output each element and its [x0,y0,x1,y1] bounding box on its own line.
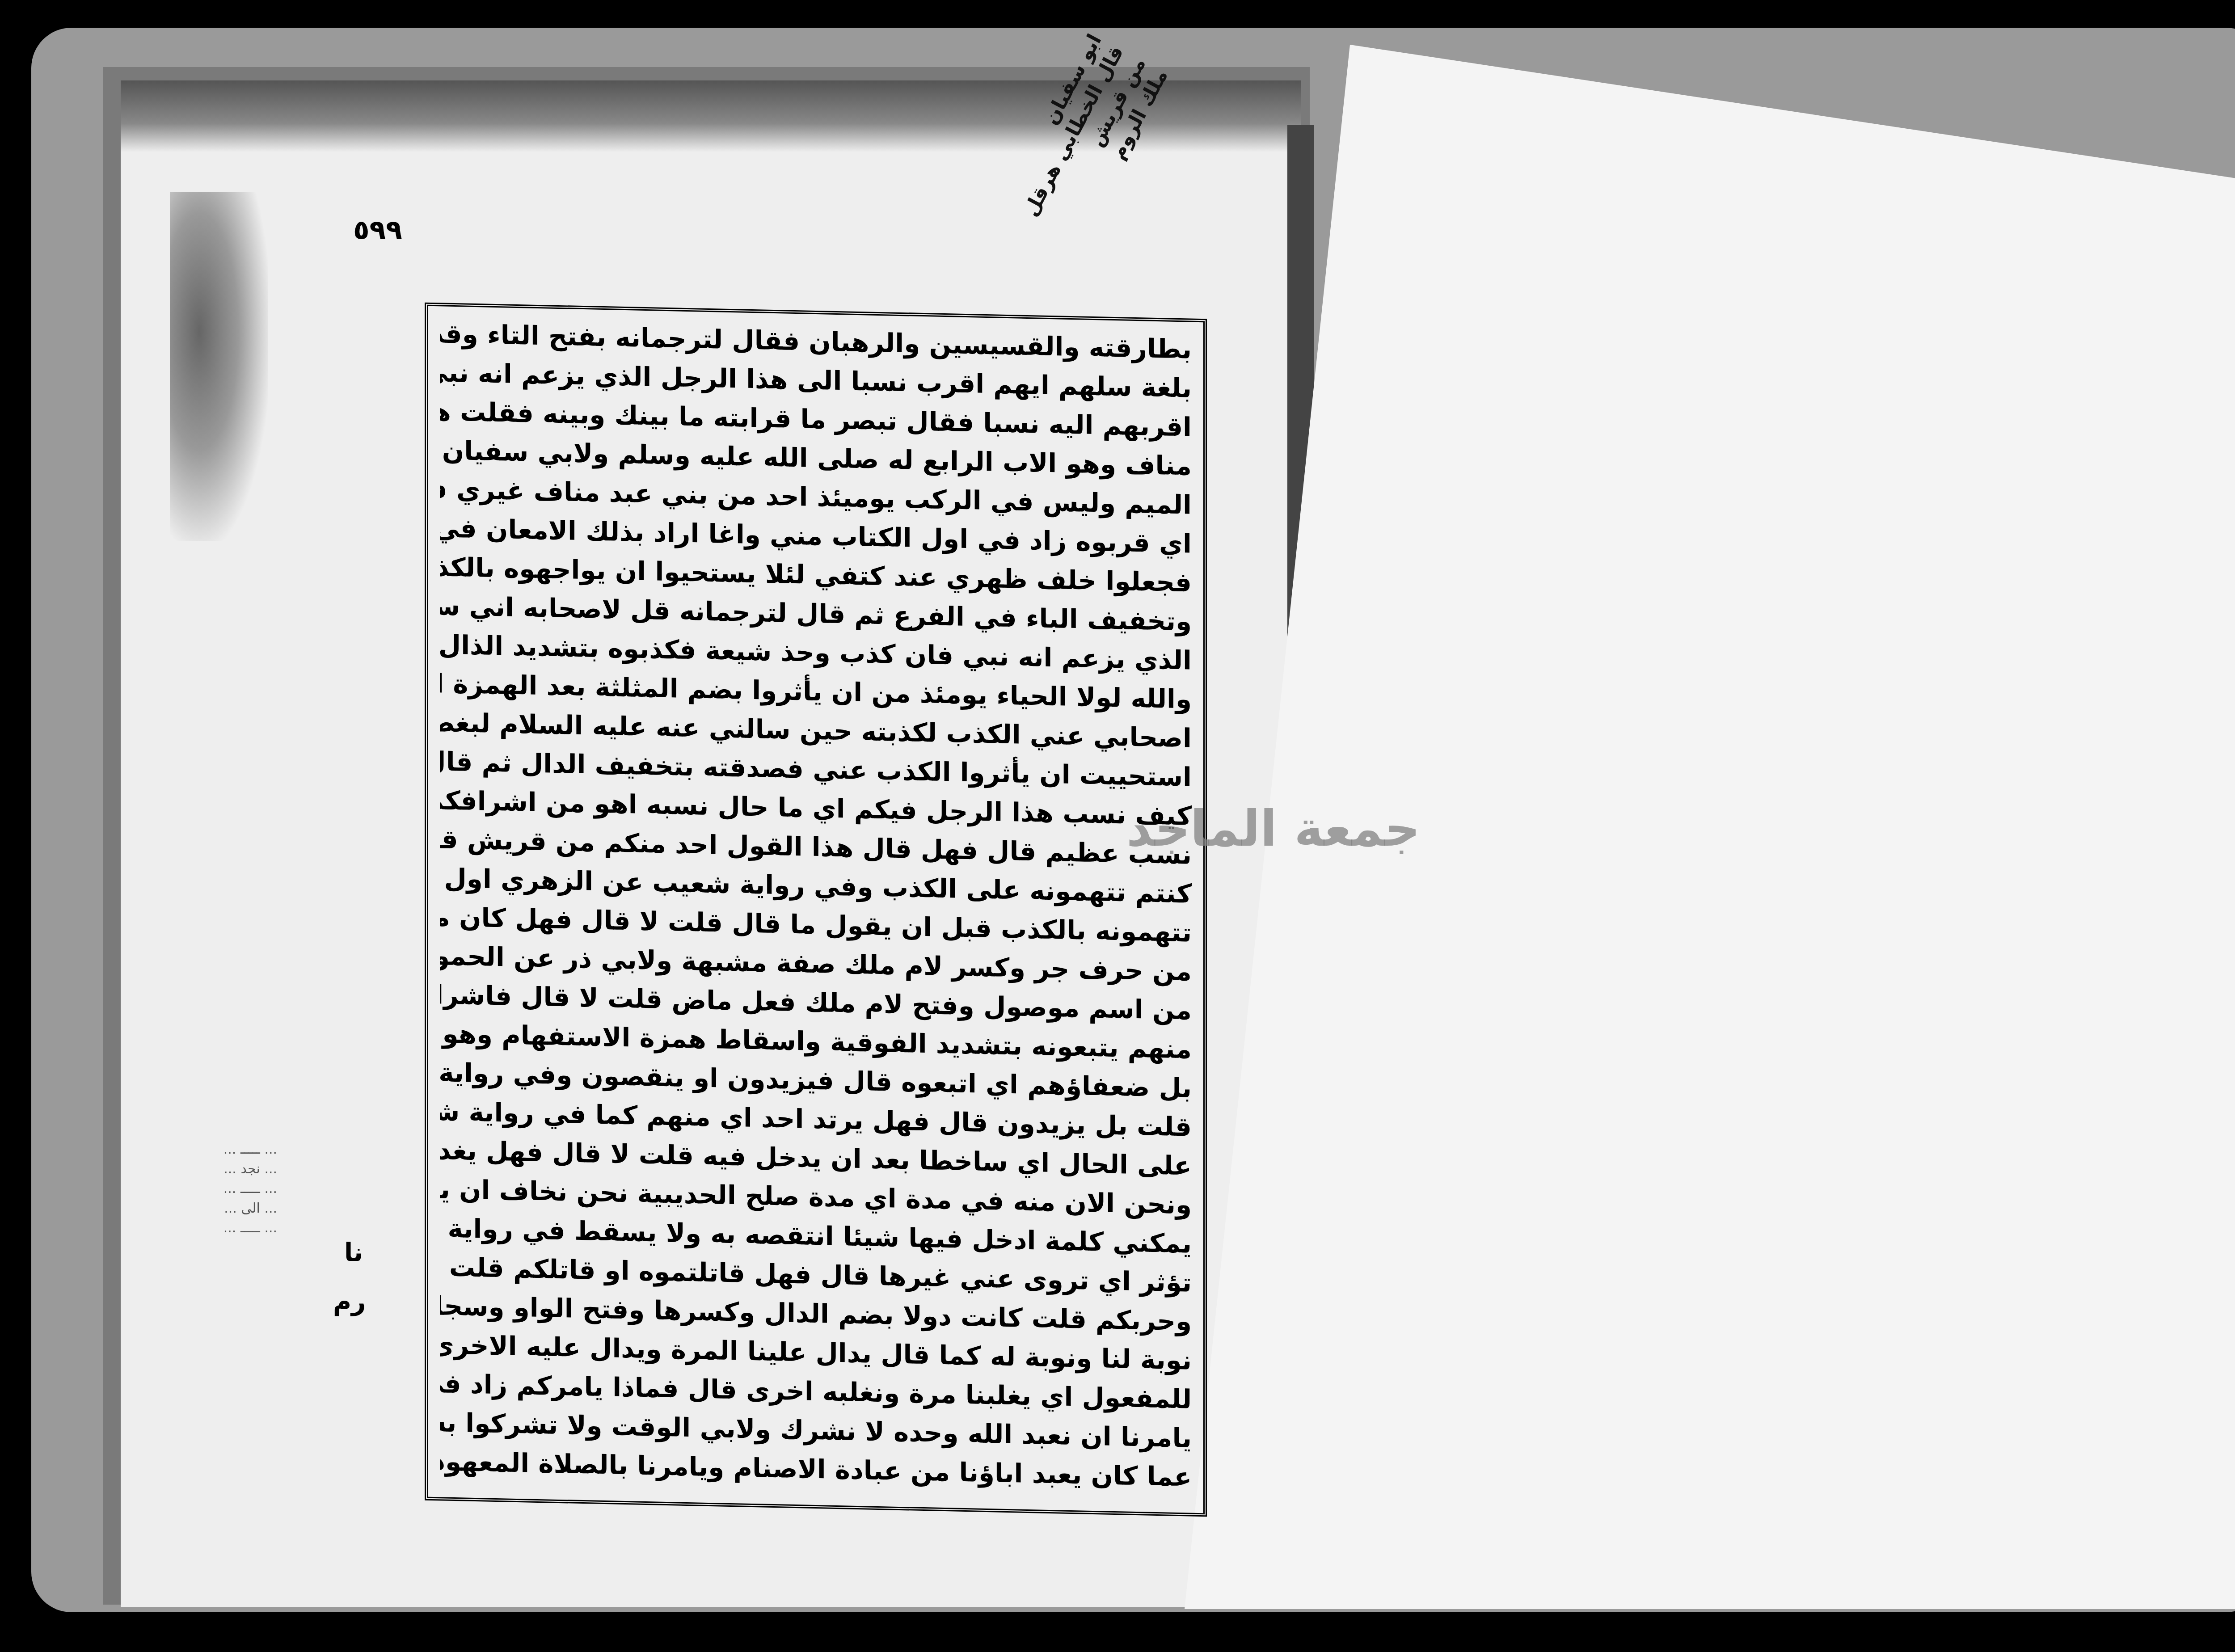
water-damage-stain [170,192,268,541]
margin-mark: رم [333,1287,366,1316]
faded-note-line: ... ـــــ ... [161,1218,277,1238]
faded-note-line: ... ـــــ ... [161,1179,277,1199]
margin-mark: نا [344,1238,363,1267]
left-margin-faded-note: ... ـــــ ... ... نجد ... ... ـــــ ... … [161,1140,277,1238]
faded-note-line: ... الى ... [161,1199,277,1218]
text-frame: بطارقته والقسيسين والرهبان فقال لترجمانه… [425,303,1207,1517]
folio-number: ٥٩٩ [353,215,402,246]
faded-note-line: ... نجد ... [161,1159,277,1179]
faded-note-line: ... ـــــ ... [161,1140,277,1159]
library-watermark: جمعة الماجد [1126,800,1420,857]
